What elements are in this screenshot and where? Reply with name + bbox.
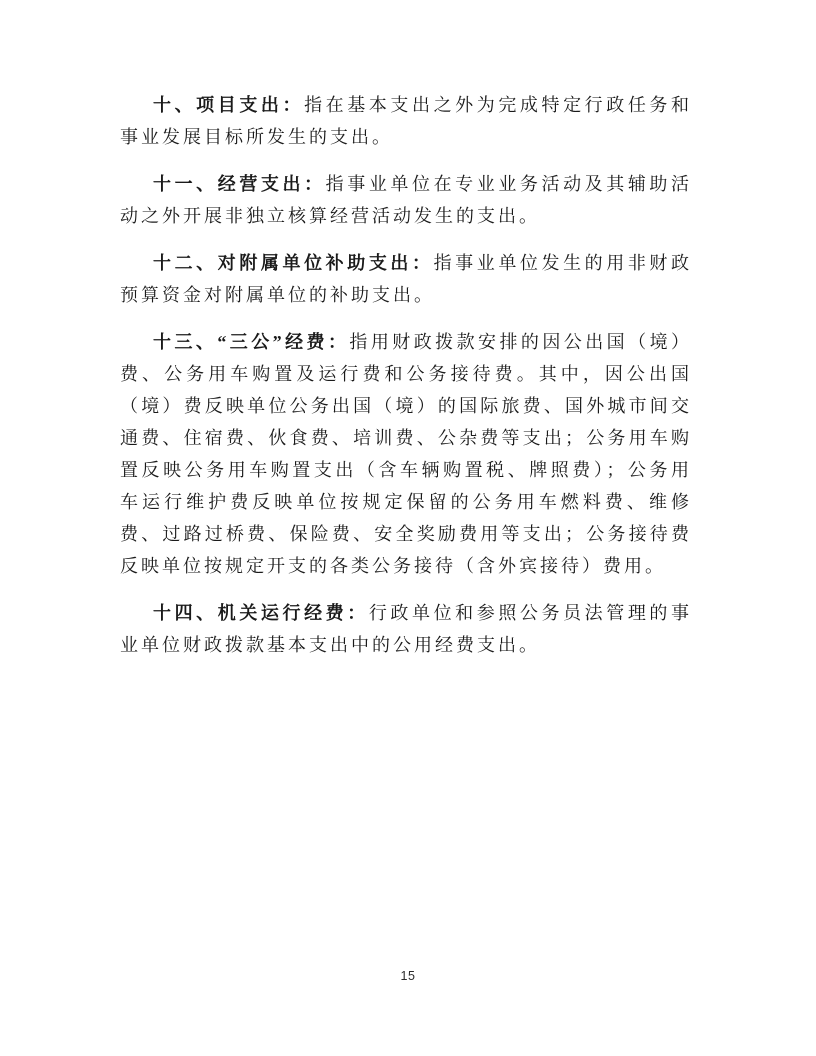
paragraph-item-11-operating-expenditure: 十一、经营支出：指事业单位在专业业务活动及其辅助活动之外开展非独立核算经营活动发…	[120, 168, 692, 232]
paragraph-item-12-subsidy-to-affiliates: 十二、对附属单位补助支出：指事业单位发生的用非财政预算资金对附属单位的补助支出。	[120, 247, 692, 311]
paragraph-lead: 十二、对附属单位补助支出：	[153, 253, 434, 273]
paragraph-lead: 十一、经营支出：	[153, 174, 326, 194]
document-page: 十、项目支出：指在基本支出之外为完成特定行政任务和事业发展目标所发生的支出。 十…	[0, 0, 816, 1056]
paragraph-lead: 十四、机关运行经费：	[153, 603, 369, 623]
paragraph-item-13-three-public-funds: 十三、“三公”经费：指用财政拨款安排的因公出国（境）费、公务用车购置及运行费和公…	[120, 326, 692, 582]
paragraph-lead: 十、项目支出：	[153, 95, 304, 115]
paragraph-body: 指用财政拨款安排的因公出国（境）费、公务用车购置及运行费和公务接待费。其中，因公…	[120, 332, 692, 576]
paragraph-item-14-agency-operating-funds: 十四、机关运行经费：行政单位和参照公务员法管理的事业单位财政拨款基本支出中的公用…	[120, 597, 692, 661]
paragraph-item-10-project-expenditure: 十、项目支出：指在基本支出之外为完成特定行政任务和事业发展目标所发生的支出。	[120, 89, 692, 153]
page-number: 15	[0, 969, 816, 983]
paragraph-lead: 十三、“三公”经费：	[153, 332, 349, 352]
document-body: 十、项目支出：指在基本支出之外为完成特定行政任务和事业发展目标所发生的支出。 十…	[120, 89, 692, 661]
